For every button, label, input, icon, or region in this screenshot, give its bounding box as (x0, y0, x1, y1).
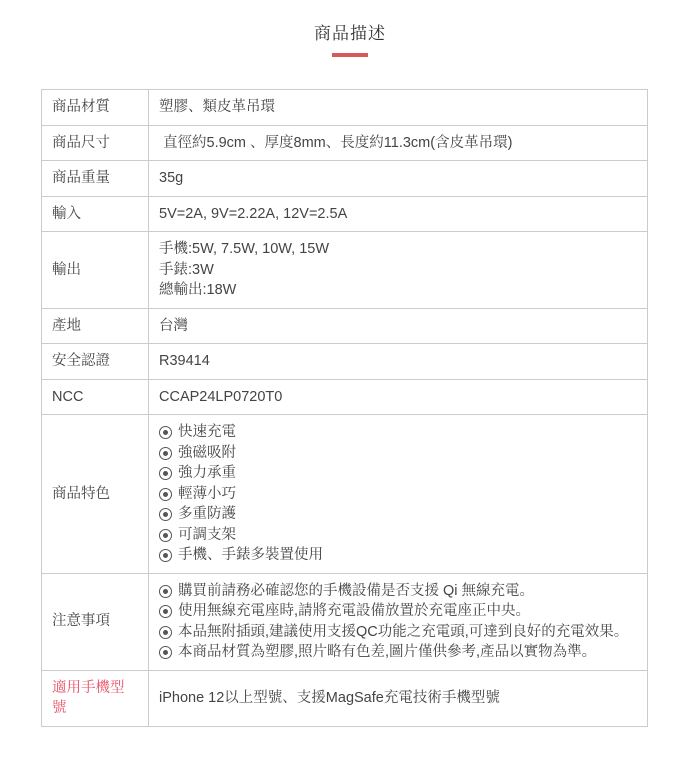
row-label: 商品材質 (42, 90, 149, 126)
title-underline-accent (332, 53, 368, 57)
value-text: 台灣 (159, 318, 188, 334)
row-label: 商品重量 (42, 161, 149, 197)
row-value: CCAP24LP0720T0 (149, 379, 648, 415)
bullet-item: 強力承重 (159, 463, 637, 484)
bullet-text: 本商品材質為塑膠,照片略有色差,圖片僅供參考,產品以實物為準。 (178, 642, 596, 663)
bullet-item: 快速充電 (159, 422, 637, 443)
row-value: 塑膠、類皮革吊環 (149, 90, 648, 126)
fisheye-bullet-icon (159, 488, 172, 501)
table-row: 注意事項購買前請務必確認您的手機設備是否支援 Qi 無線充電。使用無線充電座時,… (42, 573, 648, 670)
section-title: 商品描述 (0, 22, 700, 46)
row-label: NCC (42, 379, 149, 415)
bullet-text: 使用無線充電座時,請將充電設備放置於充電座正中央。 (178, 601, 530, 622)
bullet-item: 本品無附插頭,建議使用支援QC功能之充電頭,可達到良好的充電效果。 (159, 622, 637, 643)
fisheye-bullet-icon (159, 447, 172, 460)
value-text: CCAP24LP0720T0 (159, 389, 282, 405)
row-value: 手機:5W, 7.5W, 10W, 15W手錶:3W總輸出:18W (149, 232, 648, 309)
bullet-text: 強力承重 (178, 463, 236, 484)
value-line: 總輸出:18W (159, 280, 637, 301)
row-value: 35g (149, 161, 648, 197)
bullet-text: 輕薄小巧 (178, 484, 236, 505)
bullet-item: 可調支架 (159, 525, 637, 546)
fisheye-bullet-icon (159, 626, 172, 639)
value-text: iPhone 12以上型號、支援MagSafe充電技術手機型號 (159, 690, 500, 706)
row-label: 產地 (42, 308, 149, 344)
value-line: 手錶:3W (159, 260, 637, 281)
table-row: 商品重量35g (42, 161, 648, 197)
row-value: 直徑約5.9cm 、厚度8mm、長度約11.3cm(含皮革吊環) (149, 125, 648, 161)
bullet-text: 多重防護 (178, 504, 236, 525)
table-row: 安全認證R39414 (42, 344, 648, 380)
bullet-text: 強磁吸附 (178, 443, 236, 464)
row-label: 輸入 (42, 196, 149, 232)
value-text: 5V=2A, 9V=2.22A, 12V=2.5A (159, 206, 347, 222)
bullet-text: 手機、手錶多裝置使用 (178, 545, 323, 566)
bullet-item: 使用無線充電座時,請將充電設備放置於充電座正中央。 (159, 601, 637, 622)
table-row: 商品材質塑膠、類皮革吊環 (42, 90, 648, 126)
row-label: 安全認證 (42, 344, 149, 380)
value-line: 手機:5W, 7.5W, 10W, 15W (159, 239, 637, 260)
fisheye-bullet-icon (159, 426, 172, 439)
row-value: 台灣 (149, 308, 648, 344)
row-value: 5V=2A, 9V=2.22A, 12V=2.5A (149, 196, 648, 232)
spec-table-body: 商品材質塑膠、類皮革吊環商品尺寸 直徑約5.9cm 、厚度8mm、長度約11.3… (42, 90, 648, 727)
row-label: 輸出 (42, 232, 149, 309)
section-header: 商品描述 (0, 22, 700, 57)
bullet-item: 強磁吸附 (159, 443, 637, 464)
product-spec-table: 商品材質塑膠、類皮革吊環商品尺寸 直徑約5.9cm 、厚度8mm、長度約11.3… (41, 89, 648, 727)
table-row: NCCCCAP24LP0720T0 (42, 379, 648, 415)
row-label: 商品尺寸 (42, 125, 149, 161)
table-row: 輸出手機:5W, 7.5W, 10W, 15W手錶:3W總輸出:18W (42, 232, 648, 309)
fisheye-bullet-icon (159, 508, 172, 521)
table-row: 商品尺寸 直徑約5.9cm 、厚度8mm、長度約11.3cm(含皮革吊環) (42, 125, 648, 161)
fisheye-bullet-icon (159, 605, 172, 618)
fisheye-bullet-icon (159, 585, 172, 598)
bullet-item: 多重防護 (159, 504, 637, 525)
fisheye-bullet-icon (159, 467, 172, 480)
table-row: 輸入5V=2A, 9V=2.22A, 12V=2.5A (42, 196, 648, 232)
bullet-text: 本品無附插頭,建議使用支援QC功能之充電頭,可達到良好的充電效果。 (178, 622, 628, 643)
value-text: 塑膠、類皮革吊環 (159, 99, 275, 115)
bullet-text: 購買前請務必確認您的手機設備是否支援 Qi 無線充電。 (178, 581, 534, 602)
table-row: 商品特色快速充電強磁吸附強力承重輕薄小巧多重防護可調支架手機、手錶多裝置使用 (42, 415, 648, 574)
row-value: R39414 (149, 344, 648, 380)
bullet-item: 手機、手錶多裝置使用 (159, 545, 637, 566)
row-value: 購買前請務必確認您的手機設備是否支援 Qi 無線充電。使用無線充電座時,請將充電… (149, 573, 648, 670)
row-value: 快速充電強磁吸附強力承重輕薄小巧多重防護可調支架手機、手錶多裝置使用 (149, 415, 648, 574)
bullet-text: 可調支架 (178, 525, 236, 546)
fisheye-bullet-icon (159, 646, 172, 659)
table-row: 適用手機型號iPhone 12以上型號、支援MagSafe充電技術手機型號 (42, 670, 648, 726)
fisheye-bullet-icon (159, 529, 172, 542)
value-text: 直徑約5.9cm 、厚度8mm、長度約11.3cm(含皮革吊環) (159, 135, 512, 151)
row-label: 適用手機型號 (42, 670, 149, 726)
row-label: 注意事項 (42, 573, 149, 670)
bullet-text: 快速充電 (178, 422, 236, 443)
fisheye-bullet-icon (159, 549, 172, 562)
row-value: iPhone 12以上型號、支援MagSafe充電技術手機型號 (149, 670, 648, 726)
table-row: 產地台灣 (42, 308, 648, 344)
bullet-item: 輕薄小巧 (159, 484, 637, 505)
bullet-item: 購買前請務必確認您的手機設備是否支援 Qi 無線充電。 (159, 581, 637, 602)
product-description-page: 商品描述 商品材質塑膠、類皮革吊環商品尺寸 直徑約5.9cm 、厚度8mm、長度… (0, 0, 700, 781)
bullet-item: 本商品材質為塑膠,照片略有色差,圖片僅供參考,產品以實物為準。 (159, 642, 637, 663)
value-text: R39414 (159, 353, 210, 369)
row-label: 商品特色 (42, 415, 149, 574)
value-text: 35g (159, 170, 183, 186)
